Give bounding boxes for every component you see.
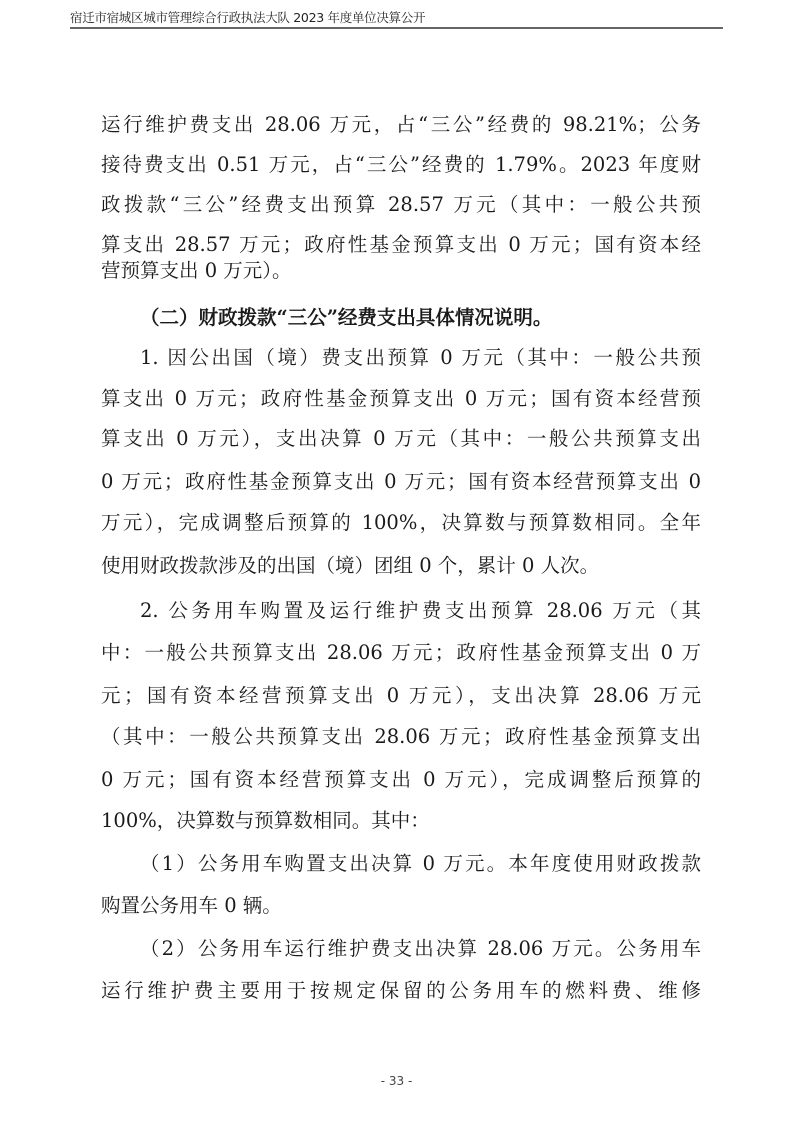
page-header: 宿迁市宿城区城市管理综合行政执法大队 2023 年度单位决算公开 (70, 8, 723, 26)
text-line: 政拨款“三公”经费支出预算 28.57 万元（其中：一般公共预 (101, 192, 701, 218)
text-line: 万元），完成调整后预算的 100%，决算数与预算数相同。全年 (101, 510, 701, 536)
text-line: 0 万元；政府性基金预算支出 0 万元；国有资本经营预算支出 0 (101, 469, 701, 495)
paragraph-start: （1）公务用车购置支出决算 0 万元。本年度使用财政拨款 (140, 851, 701, 877)
text-line: 算支出 0 万元；政府性基金预算支出 0 万元；国有资本经营预 (101, 386, 701, 412)
section-heading: （二）财政拨款“三公”经费支出具体情况说明。 (140, 305, 660, 331)
text-line: 算支出 28.57 万元；政府性基金预算支出 0 万元；国有资本经 (101, 232, 701, 258)
paragraph-start: （2）公务用车运行维护费支出决算 28.06 万元。公务用车 (140, 936, 701, 962)
text-line: 使用财政拨款涉及的出国（境）团组 0 个，累计 0 人次。 (101, 553, 701, 579)
header-title: 宿迁市宿城区城市管理综合行政执法大队 2023 年度单位决算公开 (70, 8, 723, 26)
header-divider (70, 27, 723, 29)
text-line: 运行维护费支出 28.06 万元，占“三公”经费的 98.21%；公务 (101, 112, 701, 138)
text-line: 营预算支出 0 万元）。 (101, 258, 701, 284)
text-line: 元；国有资本经营预算支出 0 万元），支出决算 28.06 万元 (101, 683, 701, 709)
paragraph-start: 1. 因公出国（境）费支出预算 0 万元（其中：一般公共预 (140, 345, 701, 371)
text-line: 算支出 0 万元），支出决算 0 万元（其中：一般公共预算支出 (101, 426, 701, 452)
text-line: 100%，决算数与预算数相同。其中： (101, 808, 701, 834)
text-line: 运行维护费主要用于按规定保留的公务用车的燃料费、维修 (101, 978, 701, 1004)
text-line: （其中：一般公共预算支出 28.06 万元；政府性基金预算支出 (101, 724, 701, 750)
page-number: - 33 - (0, 1074, 793, 1088)
text-line: 购置公务用车 0 辆。 (101, 893, 701, 919)
text-line: 接待费支出 0.51 万元，占“三公”经费的 1.79%。2023 年度财 (101, 152, 701, 178)
paragraph-start: 2. 公务用车购置及运行维护费支出预算 28.06 万元（其 (140, 598, 701, 624)
text-line: 中：一般公共预算支出 28.06 万元；政府性基金预算支出 0 万 (101, 640, 701, 666)
text-line: 0 万元；国有资本经营预算支出 0 万元），完成调整后预算的 (101, 767, 701, 793)
